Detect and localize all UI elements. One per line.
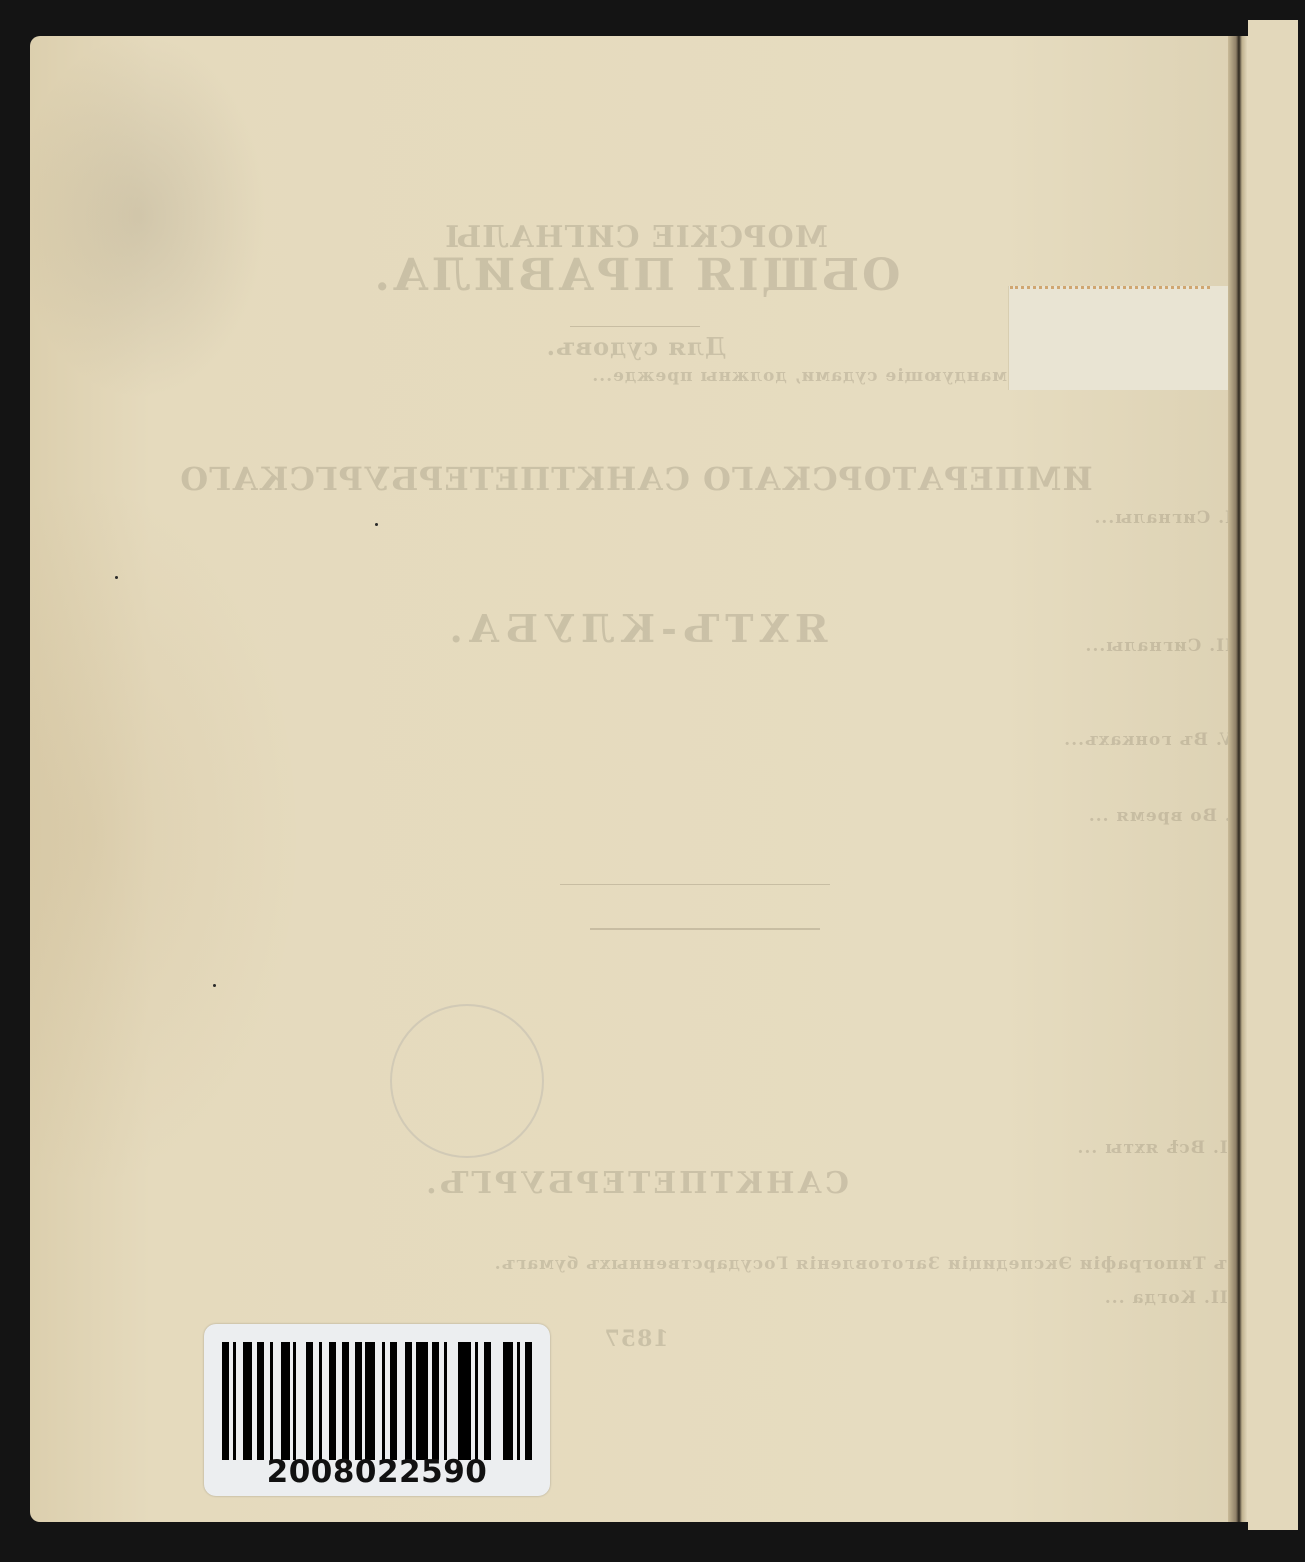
barcode-label: 2008022590	[204, 1324, 550, 1496]
faded-library-stamp	[390, 1004, 544, 1158]
bleed-line: VII. Когда ...	[30, 1288, 1242, 1308]
speck	[213, 984, 216, 987]
divider	[560, 884, 830, 885]
foxing-stain	[1010, 286, 1210, 303]
bleed-line: IV. Въ гонкахъ...	[30, 730, 1242, 750]
barcode-number: 2008022590	[204, 1454, 550, 1490]
bleed-line: III. Сигналы...	[30, 636, 1242, 656]
speck	[115, 576, 118, 579]
book-gutter	[1228, 36, 1248, 1522]
speck	[375, 523, 378, 526]
bleed-printer-line: Въ Типографіи Экспедиціи Заготовленія Го…	[30, 1254, 1242, 1274]
divider	[590, 928, 820, 930]
bleed-line: II. Сигналы...	[30, 508, 1242, 528]
book-page: МОРСКІЕ СИГНАЛЫ ОБЩІЯ ПРАВИЛА. Для судов…	[30, 36, 1242, 1522]
bleed-title-line: ИМПЕРАТОРСКАГО САНКТПЕТЕРБУРГСКАГО	[30, 460, 1242, 498]
barcode-bars	[222, 1342, 538, 1460]
divider	[570, 326, 700, 327]
facing-page-edge	[1248, 20, 1298, 1530]
bleed-line: V. Во время ...	[30, 806, 1242, 826]
bleed-city: САНКТПЕТЕРБУРГЪ.	[30, 1166, 1242, 1201]
bleed-line: VI. Всѣ яхты ...	[30, 1138, 1242, 1158]
